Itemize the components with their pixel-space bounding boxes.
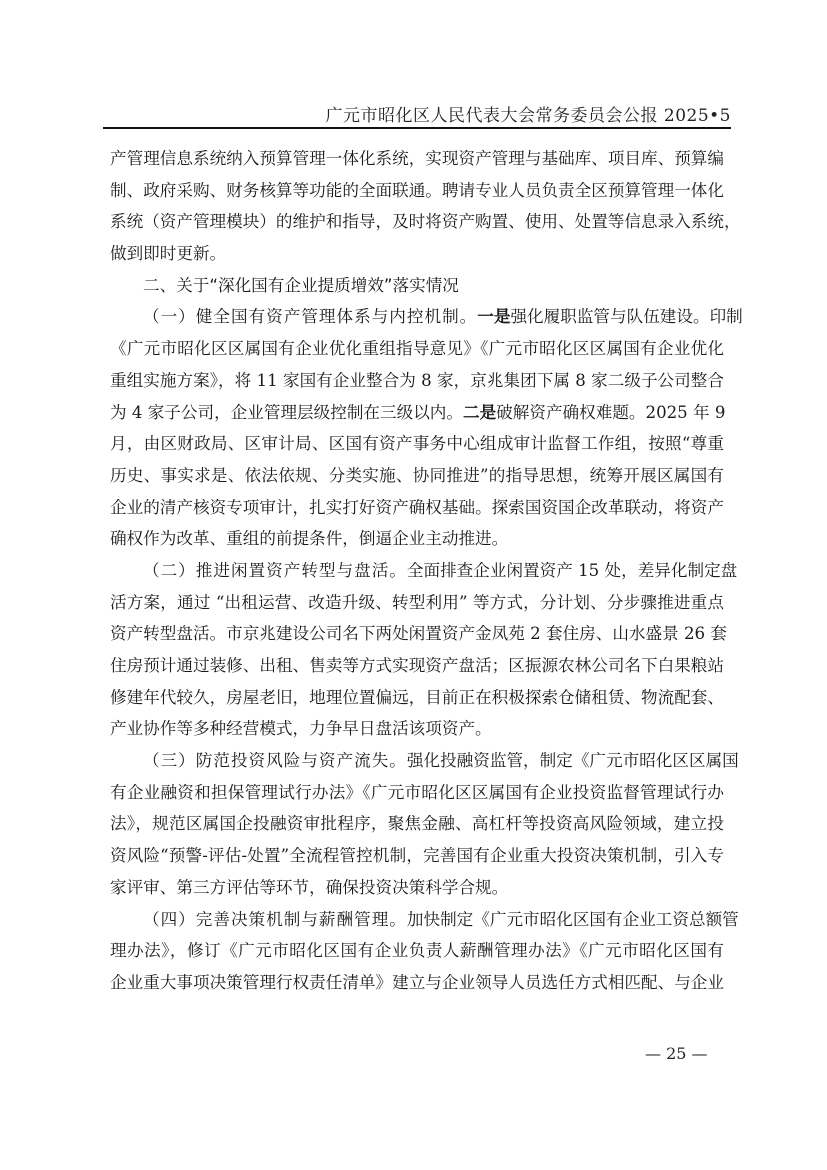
body-line: 制、政府采购、财务核算等功能的全面联通。聘请专业人员负责全区预算管理一体化 — [110, 175, 724, 207]
body-line: 为 4 家子公司，企业管理层级控制在三级以内。二是破解资产确权难题。2025 年… — [110, 397, 724, 429]
body-line: 理办法》，修订《广元市昭化区国有企业负责人薪酬管理办法》《广元市昭化区国有 — [110, 935, 724, 967]
body-text: 全面排查企业闲置资产 15 处，差异化制定盘 — [407, 561, 737, 580]
subsection-title: （三）防范投资风险与资产流失。 — [143, 751, 407, 770]
header-rule — [103, 127, 731, 129]
bold-marker: 二是 — [463, 403, 496, 422]
body-line: 法》，规范区属国企投融资审批程序，聚焦金融、高杠杆等投资高风险领域，建立投 — [110, 808, 724, 840]
body-line: 企业重大事项决策管理行权责任清单》建立与企业领导人员选任方式相匹配、与企业 — [110, 967, 724, 999]
body-text: 强化投融资监管，制定《广元市昭化区区属国 — [407, 751, 739, 770]
page-header-title: 广元市昭化区人民代表大会常务委员会公报 2025•5 — [325, 101, 731, 126]
body-line: 重组实施方案》，将 11 家国有企业整合为 8 家，京兆集团下属 8 家二级子公… — [110, 365, 724, 397]
subsection-title: （一）健全国有资产管理体系与内控机制。 — [143, 307, 477, 326]
body-text: 强化履职监管与队伍建设。印制 — [510, 307, 742, 326]
subsection-title: （二）推进闲置资产转型与盘活。 — [143, 561, 407, 580]
body-line: 历史、事实求是、依法依规、分类实施、协同推进”的指导思想，统筹开展区属国有 — [110, 460, 724, 492]
body-line: 产管理信息系统纳入预算管理一体化系统，实现资产管理与基础库、项目库、预算编 — [110, 143, 724, 175]
bold-marker: 一是 — [477, 307, 510, 326]
subsection-line: （三）防范投资风险与资产流失。强化投融资监管，制定《广元市昭化区区属国 — [110, 745, 724, 777]
subsection-title: （四）完善决策机制与薪酬管理。 — [143, 910, 407, 929]
subsection-line: （四）完善决策机制与薪酬管理。加快制定《广元市昭化区国有企业工资总额管 — [110, 904, 724, 936]
subsection-line: （一）健全国有资产管理体系与内控机制。一是强化履职监管与队伍建设。印制 — [110, 301, 724, 333]
body-line: 资风险“预警-评估-处置”全流程管控机制，完善国有企业重大投资决策机制，引入专 — [110, 840, 724, 872]
section-heading: 二、关于“深化国有企业提质增效”落实情况 — [110, 270, 724, 302]
body-line: 《广元市昭化区区属国有企业优化重组指导意见》《广元市昭化区区属国有企业优化 — [110, 333, 724, 365]
body-text: 为 4 家子公司，企业管理层级控制在三级以内。 — [110, 403, 463, 422]
subsection-line: （二）推进闲置资产转型与盘活。全面排查企业闲置资产 15 处，差异化制定盘 — [110, 555, 724, 587]
body-line: 活方案，通过 “出租运营、改造升级、转型利用” 等方式，分计划、分步骤推进重点 — [110, 587, 724, 619]
body-line: 产业协作等多种经营模式，力争早日盘活该项资产。 — [110, 713, 724, 745]
body-line: 月，由区财政局、区审计局、区国有资产事务中心组成审计监督工作组，按照“尊重 — [110, 428, 724, 460]
body-text: 加快制定《广元市昭化区国有企业工资总额管 — [407, 910, 739, 929]
body-text: 破解资产确权难题。2025 年 9 — [496, 403, 725, 422]
body-line: 系统（资产管理模块）的维护和指导，及时将资产购置、使用、处置等信息录入系统， — [110, 206, 724, 238]
body-line: 修建年代较久，房屋老旧，地理位置偏远，目前正在积极探索仓储租赁、物流配套、 — [110, 682, 724, 714]
body-line: 住房预计通过装修、出租、售卖等方式实现资产盘活；区振源农林公司名下白果粮站 — [110, 650, 724, 682]
body-line: 有企业融资和担保管理试行办法》《广元市昭化区区属国有企业投资监督管理试行办 — [110, 777, 724, 809]
body-line: 家评审、第三方评估等环节，确保投资决策科学合规。 — [110, 872, 724, 904]
body-line: 企业的清产核资专项审计，扎实打好资产确权基础。探索国资国企改革联动，将资产 — [110, 492, 724, 524]
body-line: 资产转型盘活。市京兆建设公司名下两处闲置资产金凤苑 2 套住房、山水盛景 26 … — [110, 618, 724, 650]
body-line: 确权作为改革、重组的前提条件，倒逼企业主动推进。 — [110, 523, 724, 555]
page-number: — 25 — — [645, 1044, 708, 1063]
document-body: 产管理信息系统纳入预算管理一体化系统，实现资产管理与基础库、项目库、预算编 制、… — [110, 143, 724, 999]
body-line: 做到即时更新。 — [110, 238, 724, 270]
